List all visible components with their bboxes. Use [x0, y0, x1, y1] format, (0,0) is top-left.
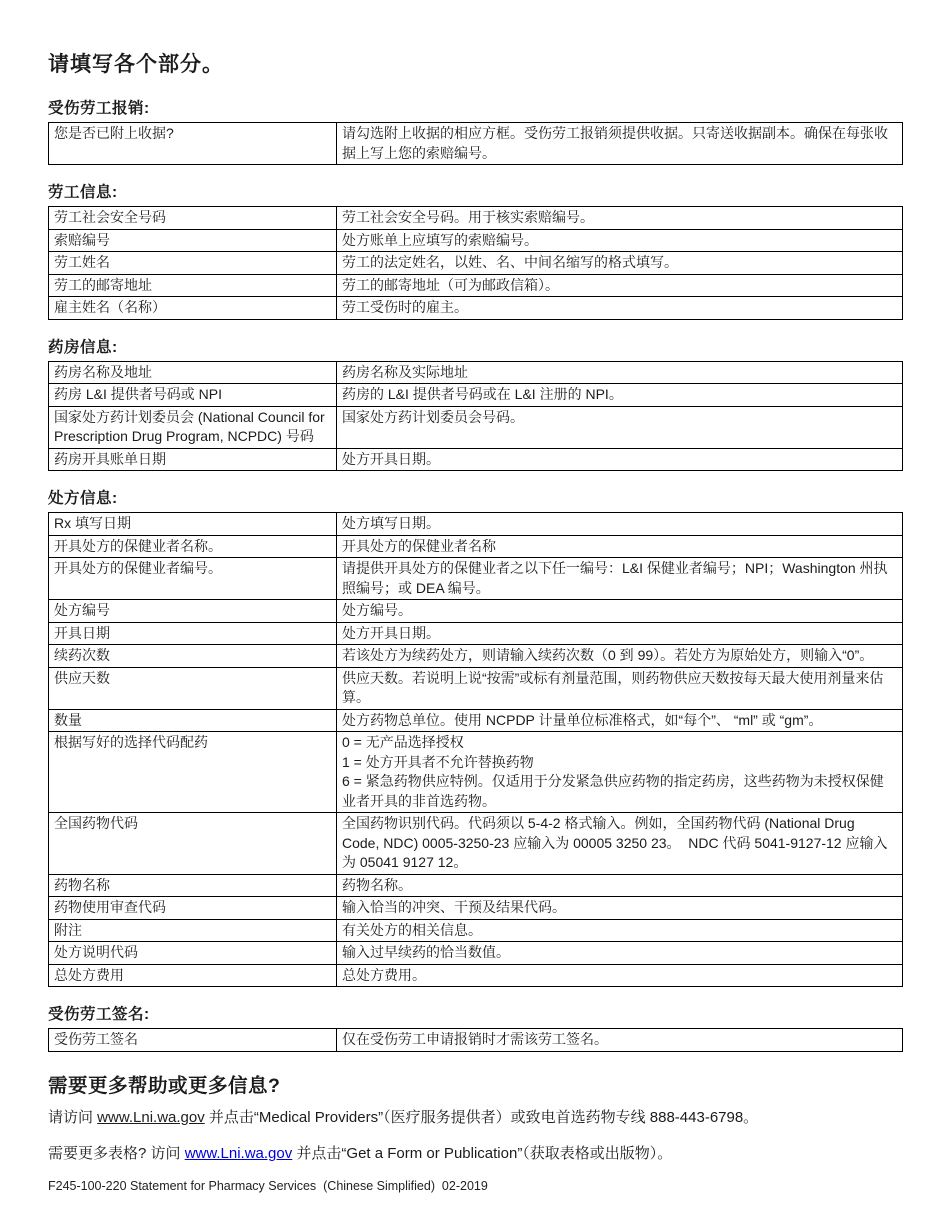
section-heading: 劳工信息:	[48, 180, 903, 202]
field-label-cell: 劳工姓名	[49, 252, 337, 275]
field-description-cell: 处方药物总单位。使用 NCPDP 计量单位标准格式，如“每个”、 “ml” 或 …	[337, 709, 903, 732]
table-row: 药物名称药物名称。	[49, 874, 903, 897]
field-label-cell: 索赔编号	[49, 229, 337, 252]
table-row: 国家处方药计划委员会 (National Council for Prescri…	[49, 406, 903, 448]
field-label-cell: 总处方费用	[49, 964, 337, 987]
field-description-cell: 劳工社会安全号码。用于核实索赔编号。	[337, 207, 903, 230]
field-description-cell: 全国药物识别代码。代码须以 5-4-2 格式输入。例如，全国药物代码 (Nati…	[337, 813, 903, 875]
table-row: 开具处方的保健业者名称。开具处方的保健业者名称	[49, 535, 903, 558]
field-label-cell: 处方编号	[49, 600, 337, 623]
section-prescription-information: 处方信息: Rx 填写日期处方填写日期。开具处方的保健业者名称。开具处方的保健业…	[48, 486, 903, 987]
help-line-medical-providers: 请访问 www.Lni.wa.gov 并点击“Medical Providers…	[48, 1107, 903, 1128]
field-description-cell: 处方开具日期。	[337, 448, 903, 471]
table-row: 劳工姓名劳工的法定姓名，以姓、名、中间名缩写的格式填写。	[49, 252, 903, 275]
field-label-cell: 药房名称及地址	[49, 361, 337, 384]
section-heading: 处方信息:	[48, 486, 903, 508]
field-description-cell: 劳工的法定姓名，以姓、名、中间名缩写的格式填写。	[337, 252, 903, 275]
section-worker-information: 劳工信息: 劳工社会安全号码劳工社会安全号码。用于核实索赔编号。索赔编号处方账单…	[48, 180, 903, 320]
field-description-cell: 请勾选附上收据的相应方框。受伤劳工报销须提供收据。只寄送收据副本。确保在每张收据…	[337, 123, 903, 165]
lni-website-link-2[interactable]: www.Lni.wa.gov	[185, 1145, 293, 1162]
table-row: 处方编号处方编号。	[49, 600, 903, 623]
page-title: 请填写各个部分。	[48, 48, 903, 78]
section-injured-worker-signature: 受伤劳工签名: 受伤劳工签名仅在受伤劳工申请报销时才需该劳工签名。	[48, 1002, 903, 1052]
field-description-cell: 国家处方药计划委员会号码。	[337, 406, 903, 448]
lni-website-link-1[interactable]: www.Lni.wa.gov	[97, 1109, 205, 1126]
table-row: 药房名称及地址药房名称及实际地址	[49, 361, 903, 384]
table-row: 您是否已附上收据?请勾选附上收据的相应方框。受伤劳工报销须提供收据。只寄送收据副…	[49, 123, 903, 165]
field-label-cell: 附注	[49, 919, 337, 942]
field-description-cell: 仅在受伤劳工申请报销时才需该劳工签名。	[337, 1029, 903, 1052]
table-row: 附注有关处方的相关信息。	[49, 919, 903, 942]
table-row: 雇主姓名（名称）劳工受伤时的雇主。	[49, 297, 903, 320]
instructions-table: 受伤劳工签名仅在受伤劳工申请报销时才需该劳工签名。	[48, 1028, 903, 1052]
field-description-cell: 药房的 L&I 提供者号码或在 L&I 注册的 NPI。	[337, 384, 903, 407]
help-line2-pre: 需要更多表格? 访问	[48, 1145, 185, 1162]
field-label-cell: 雇主姓名（名称）	[49, 297, 337, 320]
instructions-table: 劳工社会安全号码劳工社会安全号码。用于核实索赔编号。索赔编号处方账单上应填写的索…	[48, 206, 903, 320]
field-description-cell: 总处方费用。	[337, 964, 903, 987]
instructions-table: 您是否已附上收据?请勾选附上收据的相应方框。受伤劳工报销须提供收据。只寄送收据副…	[48, 122, 903, 165]
table-row: 劳工社会安全号码劳工社会安全号码。用于核实索赔编号。	[49, 207, 903, 230]
field-description-cell: 开具处方的保健业者名称	[337, 535, 903, 558]
field-description-cell: 处方账单上应填写的索赔编号。	[337, 229, 903, 252]
table-row: Rx 填写日期处方填写日期。	[49, 513, 903, 536]
field-label-cell: 开具处方的保健业者编号。	[49, 558, 337, 600]
table-row: 供应天数供应天数。若说明上说“按需”或标有剂量范围，则药物供应天数按每天最大使用…	[49, 667, 903, 709]
table-row: 数量处方药物总单位。使用 NCPDP 计量单位标准格式，如“每个”、 “ml” …	[49, 709, 903, 732]
table-row: 全国药物代码全国药物识别代码。代码须以 5-4-2 格式输入。例如，全国药物代码…	[49, 813, 903, 875]
field-label-cell: 供应天数	[49, 667, 337, 709]
field-description-cell: 0 = 无产品选择授权 1 = 处方开具者不允许替换药物 6 = 紧急药物供应特…	[337, 732, 903, 813]
field-description-cell: 请提供开具处方的保健业者之以下任一编号：L&I 保健业者编号；NPI；Washi…	[337, 558, 903, 600]
field-description-cell: 处方编号。	[337, 600, 903, 623]
instructions-table: 药房名称及地址药房名称及实际地址药房 L&I 提供者号码或 NPI药房的 L&I…	[48, 361, 903, 472]
field-description-cell: 劳工受伤时的雇主。	[337, 297, 903, 320]
field-description-cell: 输入恰当的冲突、干预及结果代码。	[337, 897, 903, 920]
field-label-cell: 根据写好的选择代码配药	[49, 732, 337, 813]
table-row: 开具日期处方开具日期。	[49, 622, 903, 645]
table-row: 续药次数若该处方为续药处方，则请输入续药次数（0 到 99）。若处方为原始处方，…	[49, 645, 903, 668]
help-line1-pre: 请访问	[48, 1109, 97, 1126]
section-pharmacy-information: 药房信息: 药房名称及地址药房名称及实际地址药房 L&I 提供者号码或 NPI药…	[48, 335, 903, 472]
field-description-cell: 劳工的邮寄地址（可为邮政信箱）。	[337, 274, 903, 297]
table-row: 药房开具账单日期处方开具日期。	[49, 448, 903, 471]
table-row: 药物使用审查代码输入恰当的冲突、干预及结果代码。	[49, 897, 903, 920]
table-row: 开具处方的保健业者编号。请提供开具处方的保健业者之以下任一编号：L&I 保健业者…	[49, 558, 903, 600]
help-line2-post: 并点击“Get a Form or Publication”（获取表格或出版物）…	[292, 1145, 672, 1162]
field-label-cell: 开具日期	[49, 622, 337, 645]
field-description-cell: 药房名称及实际地址	[337, 361, 903, 384]
table-row: 处方说明代码输入过早续药的恰当数值。	[49, 942, 903, 965]
field-label-cell: 劳工的邮寄地址	[49, 274, 337, 297]
field-label-cell: 药物使用审查代码	[49, 897, 337, 920]
help-heading: 需要更多帮助或更多信息?	[48, 1070, 903, 1098]
help-line1-post: 并点击“Medical Providers”（医疗服务提供者）或致电首选药物专线…	[205, 1109, 758, 1126]
field-label-cell: 数量	[49, 709, 337, 732]
field-label-cell: 国家处方药计划委员会 (National Council for Prescri…	[49, 406, 337, 448]
section-injured-worker-reimbursement: 受伤劳工报销: 您是否已附上收据?请勾选附上收据的相应方框。受伤劳工报销须提供收…	[48, 96, 903, 165]
field-label-cell: 药房开具账单日期	[49, 448, 337, 471]
section-heading: 药房信息:	[48, 335, 903, 357]
field-label-cell: 续药次数	[49, 645, 337, 668]
field-label-cell: Rx 填写日期	[49, 513, 337, 536]
table-row: 受伤劳工签名仅在受伤劳工申请报销时才需该劳工签名。	[49, 1029, 903, 1052]
field-description-cell: 输入过早续药的恰当数值。	[337, 942, 903, 965]
table-row: 药房 L&I 提供者号码或 NPI药房的 L&I 提供者号码或在 L&I 注册的…	[49, 384, 903, 407]
field-label-cell: 您是否已附上收据?	[49, 123, 337, 165]
field-description-cell: 药物名称。	[337, 874, 903, 897]
section-heading: 受伤劳工签名:	[48, 1002, 903, 1024]
field-description-cell: 处方填写日期。	[337, 513, 903, 536]
field-description-cell: 若该处方为续药处方，则请输入续药次数（0 到 99）。若处方为原始处方，则输入“…	[337, 645, 903, 668]
table-row: 劳工的邮寄地址劳工的邮寄地址（可为邮政信箱）。	[49, 274, 903, 297]
field-description-cell: 有关处方的相关信息。	[337, 919, 903, 942]
field-label-cell: 处方说明代码	[49, 942, 337, 965]
field-label-cell: 药房 L&I 提供者号码或 NPI	[49, 384, 337, 407]
field-label-cell: 药物名称	[49, 874, 337, 897]
field-description-cell: 供应天数。若说明上说“按需”或标有剂量范围，则药物供应天数按每天最大使用剂量来估…	[337, 667, 903, 709]
field-label-cell: 劳工社会安全号码	[49, 207, 337, 230]
field-label-cell: 受伤劳工签名	[49, 1029, 337, 1052]
form-number-footer: F245-100-220 Statement for Pharmacy Serv…	[48, 1179, 903, 1193]
field-description-cell: 处方开具日期。	[337, 622, 903, 645]
table-row: 总处方费用总处方费用。	[49, 964, 903, 987]
section-heading: 受伤劳工报销:	[48, 96, 903, 118]
field-label-cell: 开具处方的保健业者名称。	[49, 535, 337, 558]
instructions-table: Rx 填写日期处方填写日期。开具处方的保健业者名称。开具处方的保健业者名称开具处…	[48, 512, 903, 987]
help-line-get-a-form: 需要更多表格? 访问 www.Lni.wa.gov 并点击“Get a Form…	[48, 1143, 903, 1164]
table-row: 索赔编号处方账单上应填写的索赔编号。	[49, 229, 903, 252]
field-label-cell: 全国药物代码	[49, 813, 337, 875]
table-row: 根据写好的选择代码配药0 = 无产品选择授权 1 = 处方开具者不允许替换药物 …	[49, 732, 903, 813]
document-page: 请填写各个部分。 受伤劳工报销: 您是否已附上收据?请勾选附上收据的相应方框。受…	[0, 0, 950, 1193]
